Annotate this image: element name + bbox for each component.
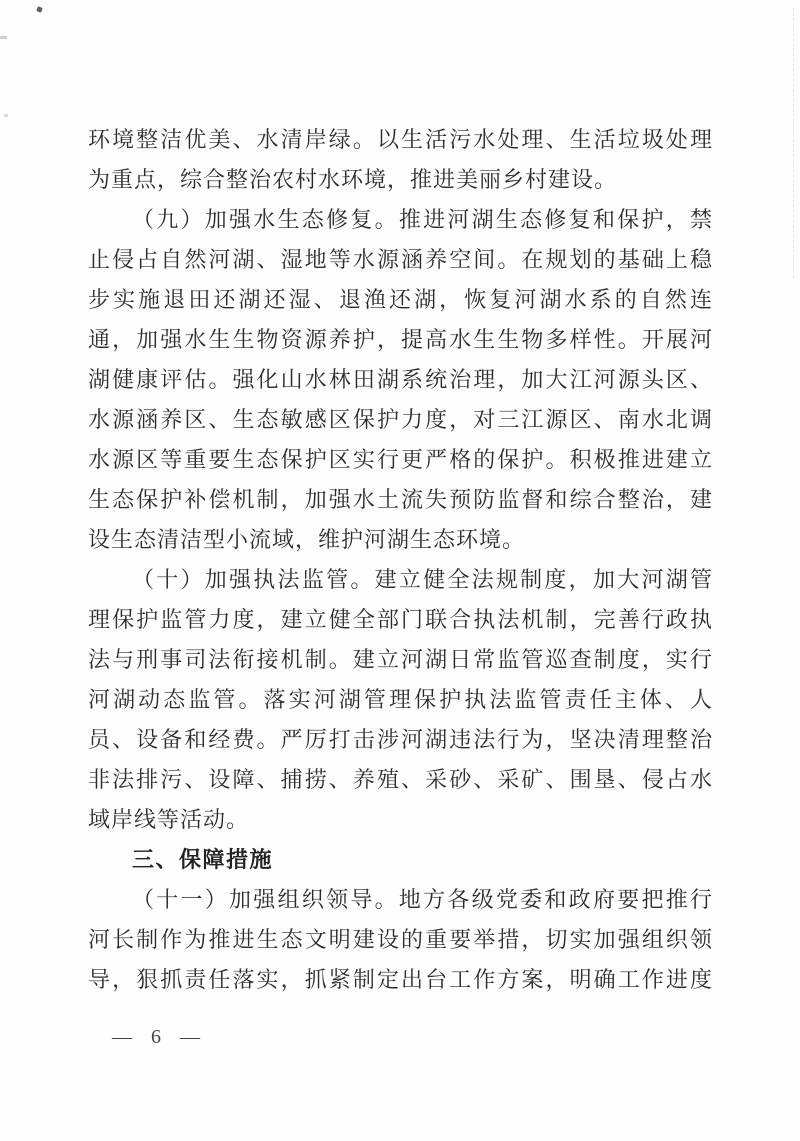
text-line: 河长制作为推进生态文明建设的重要举措，切实加强组织领	[88, 920, 712, 960]
text-line: 水源区等重要生态保护区实行更严格的保护。积极推进建立	[88, 440, 712, 480]
document-page: 环境整洁优美、水清岸绿。以生活污水处理、生活垃圾处理 为重点，综合整治农村水环境…	[0, 0, 800, 1141]
page-number: — 6 —	[112, 1022, 207, 1052]
text-line: 生态保护补偿机制，加强水土流失预防监督和综合整治，建	[88, 480, 712, 520]
scan-speck	[36, 6, 42, 12]
scan-speck	[0, 36, 7, 39]
text-line: 为重点，综合整治农村水环境，推进美丽乡村建设。	[88, 160, 712, 200]
text-line: 环境整洁优美、水清岸绿。以生活污水处理、生活垃圾处理	[88, 120, 712, 160]
text-line: 止侵占自然河湖、湿地等水源涵养空间。在规划的基础上稳	[88, 240, 712, 280]
text-line: 通，加强水生生物资源养护，提高水生生物多样性。开展河	[88, 320, 712, 360]
text-line: 水源涵养区、生态敏感区保护力度，对三江源区、南水北调	[88, 400, 712, 440]
text-line: （十一）加强组织领导。地方各级党委和政府要把推行	[88, 880, 712, 920]
text-line: 法与刑事司法衔接机制。建立河湖日常监管巡查制度，实行	[88, 640, 712, 680]
text-line: 非法排污、设障、捕捞、养殖、采砂、采矿、围垦、侵占水	[88, 760, 712, 800]
scan-speck	[4, 114, 8, 117]
text-line: （九）加强水生态修复。推进河湖生态修复和保护，禁	[88, 200, 712, 240]
text-line: （十）加强执法监管。建立健全法规制度，加大河湖管	[88, 560, 712, 600]
section-heading: 三、保障措施	[88, 840, 712, 880]
text-line: 导，狠抓责任落实，抓紧制定出台工作方案，明确工作进度	[88, 960, 712, 1000]
text-line: 理保护监管力度，建立健全部门联合执法机制，完善行政执	[88, 600, 712, 640]
text-line: 河湖动态监管。落实河湖管理保护执法监管责任主体、人	[88, 680, 712, 720]
text-line: 湖健康评估。强化山水林田湖系统治理，加大江河源头区、	[88, 360, 712, 400]
scan-artifact-line	[793, 8, 794, 278]
text-line: 步实施退田还湖还湿、退渔还湖，恢复河湖水系的自然连	[88, 280, 712, 320]
text-line: 设生态清洁型小流域，维护河湖生态环境。	[88, 520, 712, 560]
document-body: 环境整洁优美、水清岸绿。以生活污水处理、生活垃圾处理 为重点，综合整治农村水环境…	[88, 120, 712, 1000]
text-line: 员、设备和经费。严厉打击涉河湖违法行为，坚决清理整治	[88, 720, 712, 760]
text-line: 域岸线等活动。	[88, 800, 712, 840]
